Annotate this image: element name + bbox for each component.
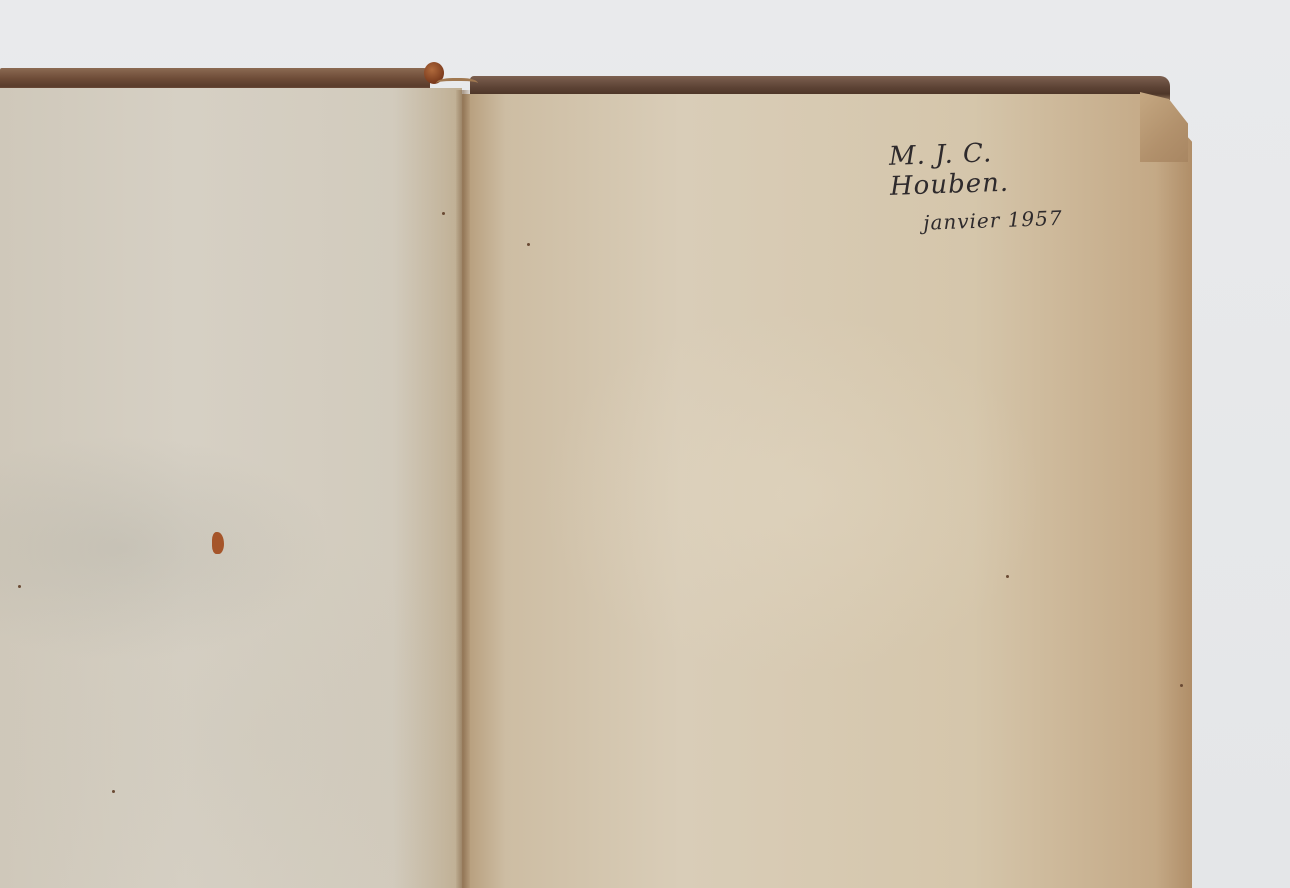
inscription-name: M. J. C. Houben. [888,134,1110,202]
book-gutter [456,90,470,888]
left-page [0,88,462,888]
handwritten-inscription: M. J. C. Houben. janvier 1957 [888,134,1111,236]
foxing-speck [1006,575,1009,578]
foxing-speck [1180,684,1183,687]
foxing-speck [442,212,445,215]
foxing-speck [18,585,21,588]
rust-stain [212,532,224,554]
foxing-speck [527,243,530,246]
foxing-speck [112,790,115,793]
